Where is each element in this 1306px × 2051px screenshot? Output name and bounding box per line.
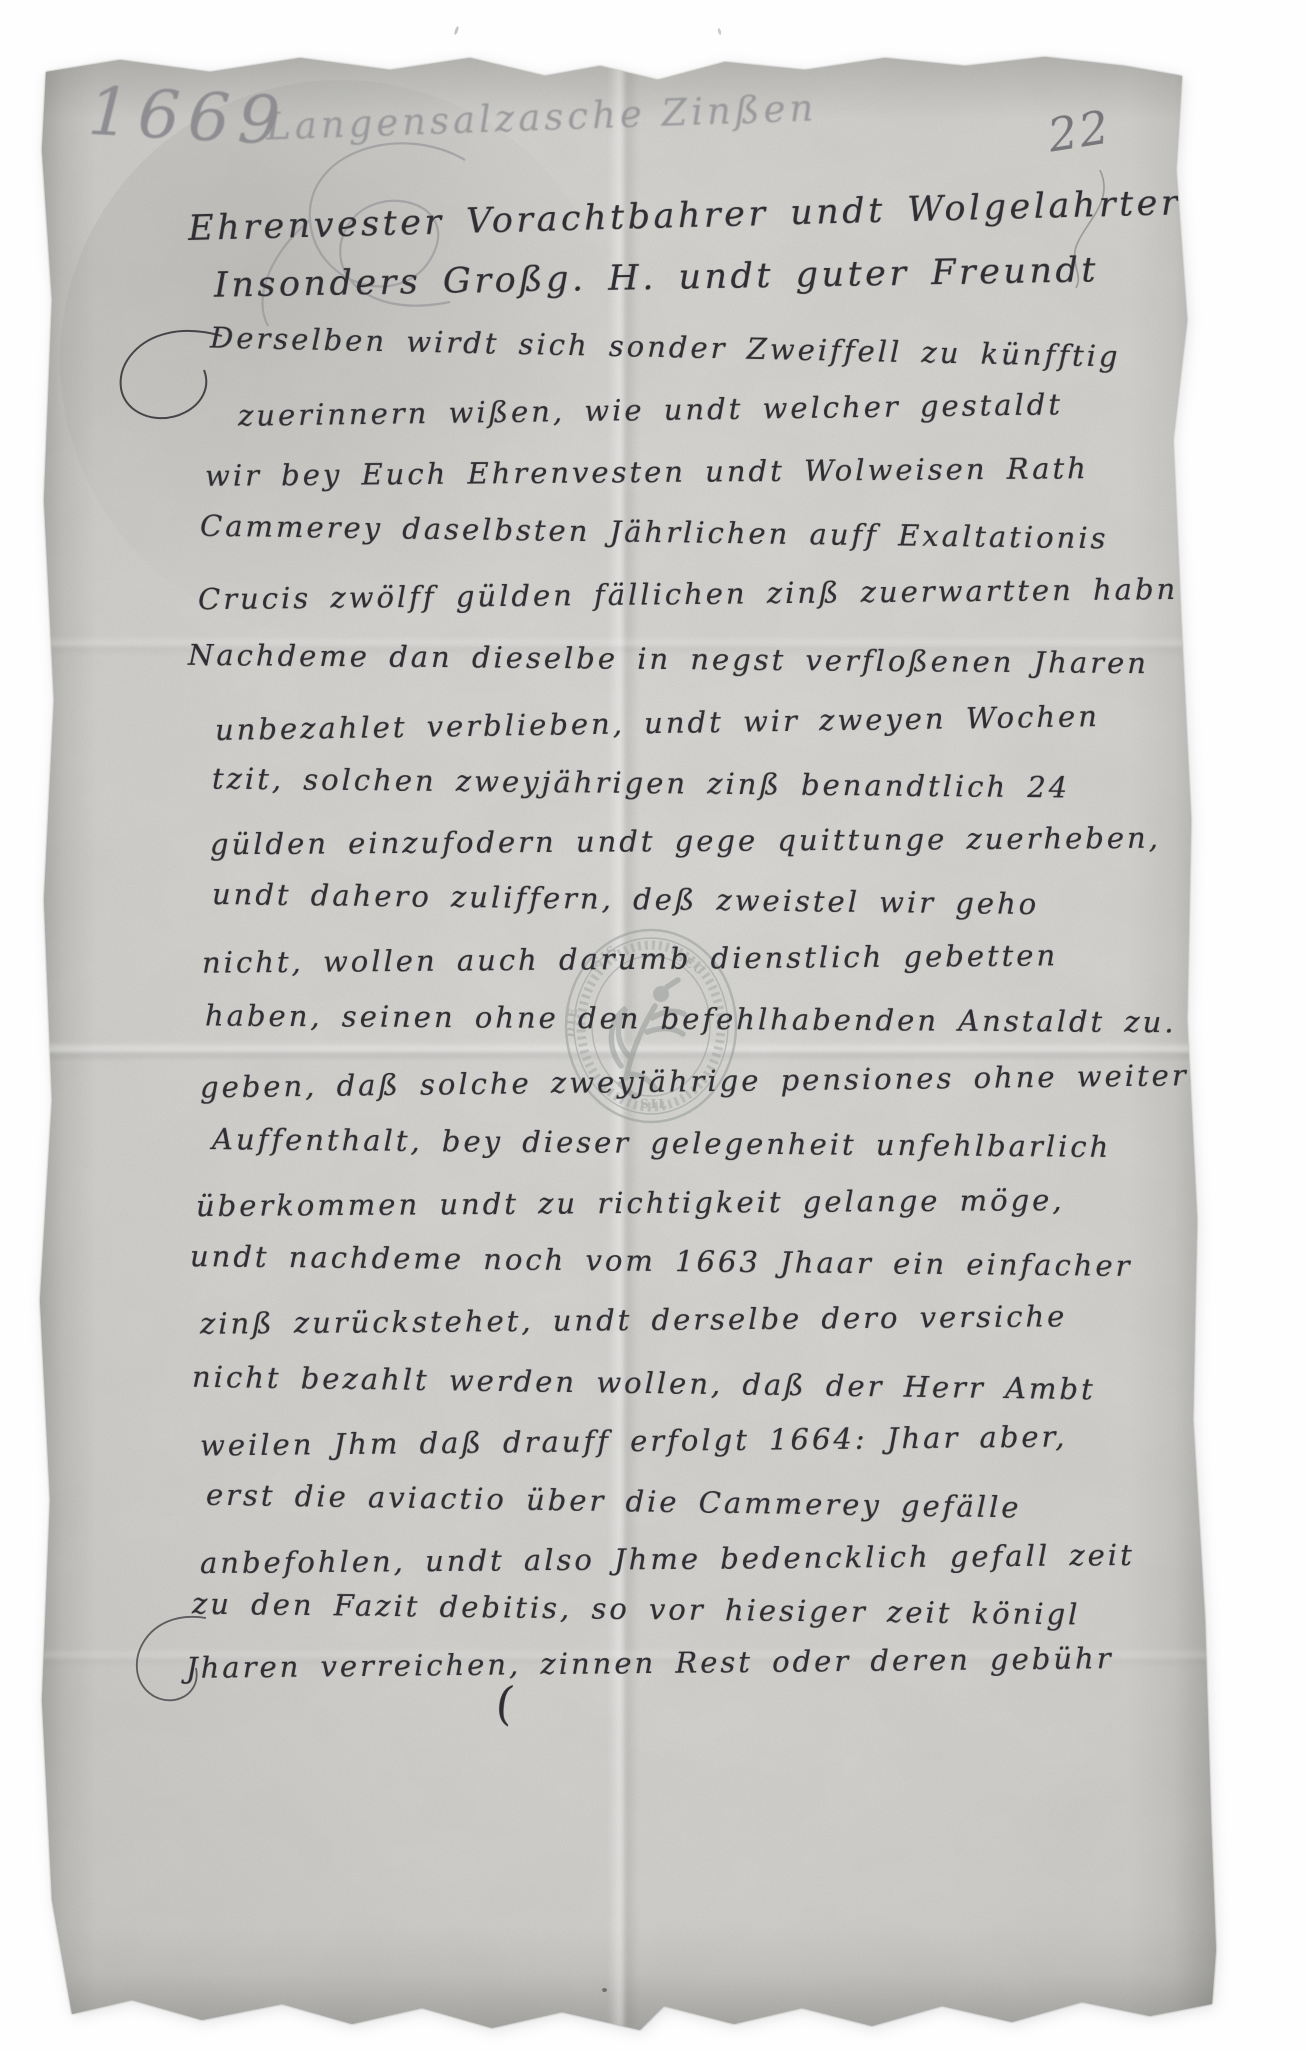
page-number: 22 — [1044, 99, 1114, 162]
manuscript-line: haben, seinen ohne den befehlhabenden An… — [205, 998, 1228, 1039]
svg-text:SIL: SIL — [640, 1097, 669, 1111]
paper-sheet: SIS SEC DIE SIL 1669 Langens — [0, 0, 1306, 2051]
ink-speck — [602, 1988, 607, 1992]
manuscript-line: überkommen undt zu richtigkeit gelange m… — [196, 1183, 1065, 1223]
edge-speck — [23, 872, 27, 879]
manuscript-scan: SIS SEC DIE SIL 1669 Langens — [0, 0, 1306, 2051]
paper-shadow: SIS SEC DIE SIL 1669 Langens — [0, 0, 1306, 2051]
manuscript-line: gülden einzufodern undt gege quittunge z… — [210, 821, 1161, 862]
